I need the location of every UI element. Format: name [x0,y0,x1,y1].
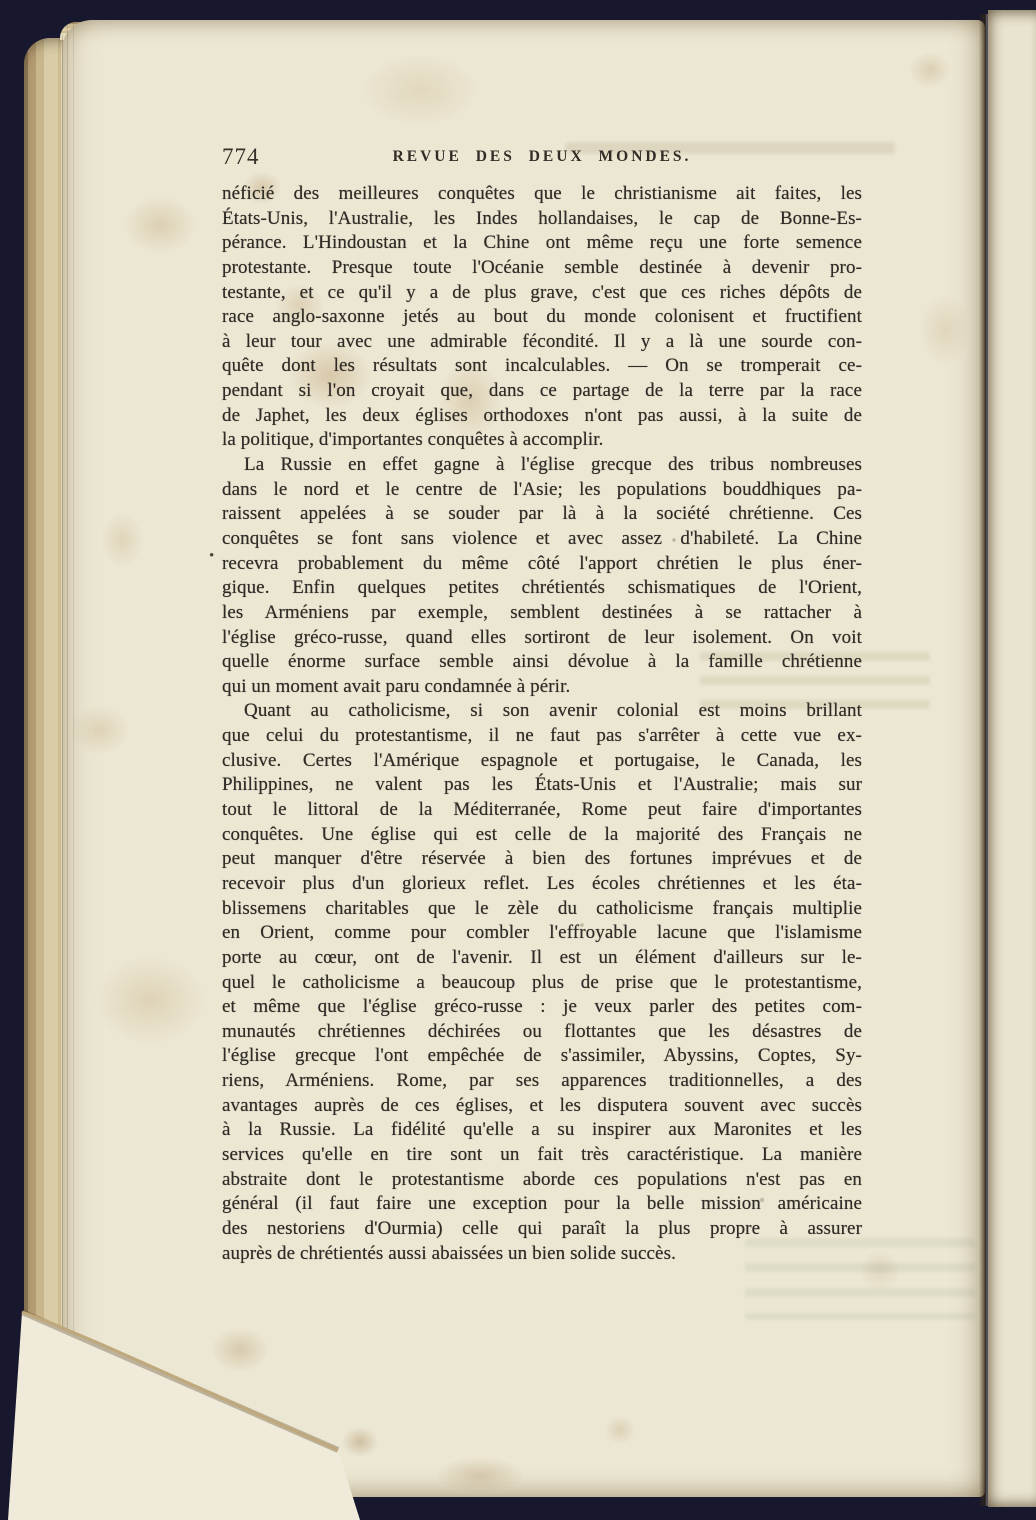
text-line: services qu'elle en tire sont un fait tr… [222,1143,862,1168]
text-line: général (il faut faire une exception pou… [222,1192,862,1217]
text-line: à leur tour avec une admirable fécondité… [222,330,862,355]
text-line: pérance. L'Hindoustan et la Chine ont mê… [222,231,862,256]
adjacent-page-edge [988,10,1036,1507]
text-line: tout le littoral de la Méditerranée, Rom… [222,798,862,823]
text-line: raissent appelées à se souder par là à l… [222,502,862,527]
text-line: de Japhet, les deux églises orthodoxes n… [222,404,862,429]
torn-corner [8,1262,368,1520]
text-line: La Russie en effet gagne à l'église grec… [222,453,862,478]
text-line: les Arméniens par exemple, semblent dest… [222,601,862,626]
text-line: que celui du protestantisme, il ne faut … [222,724,862,749]
text-line: recevoir plus d'un glorieux reflet. Les … [222,872,862,897]
text-line: Quant au catholicisme, si son avenir col… [222,699,862,724]
text-line: quête dont les résultats sont incalculab… [222,354,862,379]
text-line: des nestoriens d'Ourmia) celle qui paraî… [222,1217,862,1242]
text-line: en Orient, comme pour combler l'effroyab… [222,921,862,946]
text-line: munautés chrétiennes déchirées ou flotta… [222,1020,862,1045]
text-column: néficié des meilleures conquêtes que le … [222,182,862,1266]
text-line: à la Russie. La fidélité qu'elle a su in… [222,1118,862,1143]
text-line: conquêtes. Une église qui est celle de l… [222,823,862,848]
book-page: 774 REVUE DES DEUX MONDES. néficié des m… [62,20,985,1497]
text-line: race anglo-saxonne jetés au bout du mond… [222,305,862,330]
text-line: avantages auprès de ces églises, et les … [222,1094,862,1119]
text-line: Philippines, ne valent pas les États-Uni… [222,773,862,798]
text-line: la politique, d'importantes conquêtes à … [222,428,862,453]
text-line: protestante. Presque toute l'Océanie sem… [222,256,862,281]
text-line: et même que l'église gréco-russe : je ve… [222,995,862,1020]
text-line: auprès de chrétientés aussi abaissées un… [222,1242,862,1267]
text-line: conquêtes se font sans violence et avec … [222,527,862,552]
text-line: riens, Arméniens. Rome, par ses apparenc… [222,1069,862,1094]
text-line: États-Unis, l'Australie, les Indes holla… [222,207,862,232]
text-line: testante, et ce qu'il y a de plus grave,… [222,281,862,306]
text-line: recevra probablement du même côté l'appo… [222,552,862,577]
text-line: clusive. Certes l'Amérique espagnole et … [222,749,862,774]
text-line: quel le catholicisme a beaucoup plus de … [222,971,862,996]
text-line: dans le nord et le centre de l'Asie; les… [222,478,862,503]
text-line: porte au cœur, ont de l'avenir. Il est u… [222,946,862,971]
page-header: 774 REVUE DES DEUX MONDES. [62,144,985,180]
text-line: peut manquer d'être réservée à bien des … [222,847,862,872]
running-title: REVUE DES DEUX MONDES. [222,148,862,166]
margin-mark: • [209,548,214,565]
text-line: blissemens charitables que le zèle du ca… [222,897,862,922]
text-line: qui un moment avait paru condamnée à pér… [222,675,862,700]
text-line: abstraite dont le protestantisme aborde … [222,1168,862,1193]
scanned-book-photo: 774 REVUE DES DEUX MONDES. néficié des m… [0,0,1036,1520]
text-line: l'église gréco-russe, quand elles sortir… [222,626,862,651]
text-line: néficié des meilleures conquêtes que le … [222,182,862,207]
text-line: pendant si l'on croyait que, dans ce par… [222,379,862,404]
text-line: quelle énorme surface semble ainsi dévol… [222,650,862,675]
text-line: l'église grecque l'ont empêchée de s'ass… [222,1044,862,1069]
text-line: gique. Enfin quelques petites chrétienté… [222,576,862,601]
